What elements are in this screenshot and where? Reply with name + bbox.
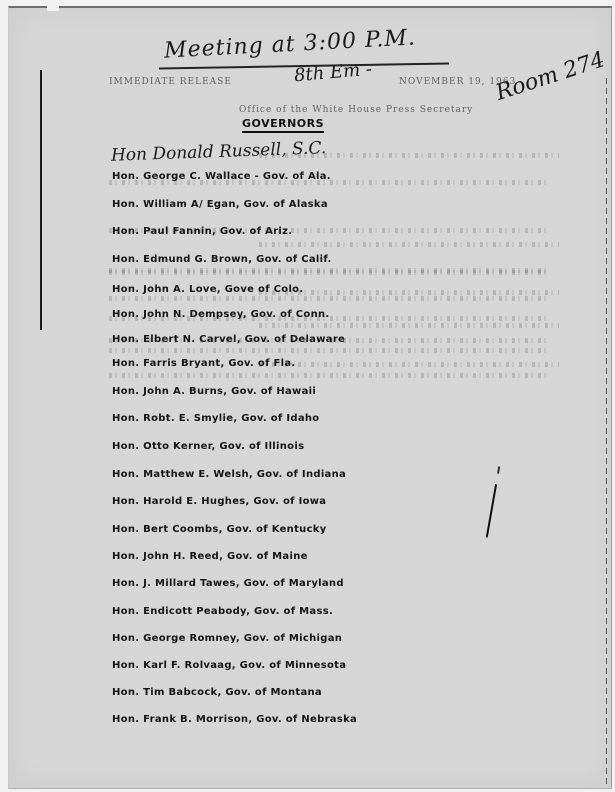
handwritten-meeting-note: Meeting at 3:00 P.M. xyxy=(164,25,417,63)
governor-entry: Hon. John A. Love, Gove of Colo. xyxy=(112,284,303,295)
governor-entry: Hon. John N. Dempsey, Gov. of Conn. xyxy=(112,309,330,320)
governor-entry: Hon. Matthew E. Welsh, Gov. of Indiana xyxy=(112,469,346,480)
bleed-line xyxy=(109,270,549,275)
bleed-line xyxy=(259,323,559,328)
governor-entry: Hon. William A/ Egan, Gov. of Alaska xyxy=(112,199,328,210)
bleed-line xyxy=(259,362,559,367)
governor-entry: Hon. Paul Fannin, Gov. of Ariz. xyxy=(112,226,292,237)
governor-entry: Hon. Farris Bryant, Gov. of Fla. xyxy=(112,358,296,369)
governor-entry: Hon. Endicott Peabody, Gov. of Mass. xyxy=(112,606,333,617)
pen-stroke-mark xyxy=(486,466,500,537)
bleed-line xyxy=(259,153,559,158)
left-margin-line xyxy=(40,70,42,330)
right-margin-line xyxy=(606,78,607,788)
page-notch xyxy=(47,5,59,11)
release-label: IMMEDIATE RELEASE xyxy=(109,77,232,87)
bleed-line xyxy=(259,242,559,247)
governor-entry: Hon. John H. Reed, Gov. of Maine xyxy=(112,551,308,562)
governor-entry: Hon. George Romney, Gov. of Michigan xyxy=(112,633,342,644)
governor-entry: Hon. Bert Coombs, Gov. of Kentucky xyxy=(112,524,327,535)
governor-entry: Hon. Tim Babcock, Gov. of Montana xyxy=(112,687,322,698)
governor-entry: Hon. Karl F. Rolvaag, Gov. of Minnesota xyxy=(112,660,346,671)
page-heading: GOVERNORS xyxy=(242,117,324,133)
bleed-line xyxy=(259,290,559,295)
governor-entry: Hon. Otto Kerner, Gov. of Illinois xyxy=(112,441,304,452)
governor-entry: Hon. Robt. E. Smylie, Gov. of Idaho xyxy=(112,413,319,424)
governor-entry: Hon. Harold E. Hughes, Gov. of Iowa xyxy=(112,496,326,507)
bleed-line xyxy=(109,296,549,301)
governor-entry: Hon. Elbert N. Carvel, Gov. of Delaware xyxy=(112,334,345,345)
handwritten-time-note: 8th Em - xyxy=(293,59,373,87)
office-line: Office of the White House Press Secretar… xyxy=(239,105,473,115)
bleed-line xyxy=(109,348,549,353)
document-page: Meeting at 3:00 P.M. IMMEDIATE RELEASE N… xyxy=(8,6,612,789)
governor-entry: Hon. Frank B. Morrison, Gov. of Nebraska xyxy=(112,714,357,725)
governor-entry: Hon. George C. Wallace - Gov. of Ala. xyxy=(112,171,331,182)
handwritten-added-name: Hon Donald Russell, S.C. xyxy=(111,138,327,166)
handwritten-room-note: Room 274 xyxy=(493,47,608,106)
bleed-line xyxy=(109,373,549,378)
governor-entry: Hon. J. Millard Tawes, Gov. of Maryland xyxy=(112,578,344,589)
governor-entry: Hon. John A. Burns, Gov. of Hawaii xyxy=(112,386,316,397)
governor-entry: Hon. Edmund G. Brown, Gov. of Calif. xyxy=(112,254,332,265)
